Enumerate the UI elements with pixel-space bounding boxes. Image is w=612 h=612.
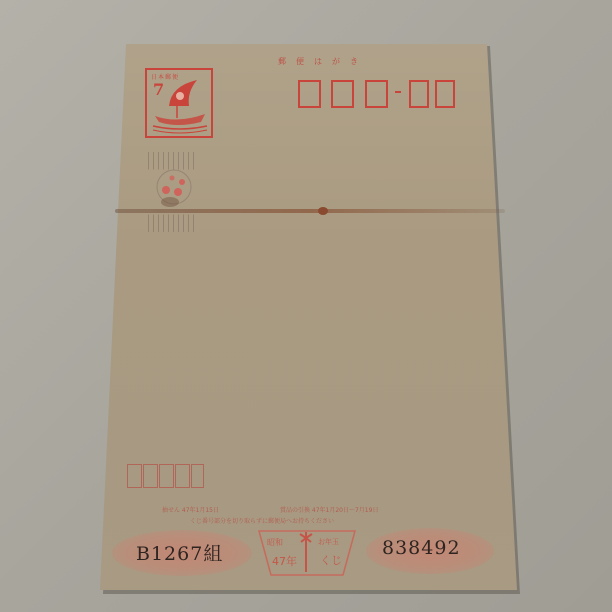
postage-stamp: 日本郵便 7 [145, 68, 213, 138]
sender-code-box-2 [143, 464, 158, 488]
water-stain [115, 209, 505, 213]
treasure-ship-icon [147, 70, 211, 136]
sender-code-box-1 [127, 464, 142, 488]
badge-era: 昭和 [267, 537, 283, 548]
lottery-notice: くじ番号部分を切り取らずに郵便局へお持ちください [190, 516, 334, 525]
palm-tree-icon [299, 532, 313, 572]
postal-code-box-1 [298, 80, 321, 108]
postal-code-box-3 [365, 80, 388, 108]
flower-postmark-icon [148, 152, 198, 232]
sender-code-box-3 [159, 464, 174, 488]
postal-code-box-2 [331, 80, 354, 108]
postal-code-box-4 [409, 80, 429, 108]
badge-label-bottom: くじ [320, 552, 342, 568]
lottery-draw-date: 抽せん 47年1月15日 [162, 505, 219, 514]
sender-code-box-5 [191, 464, 204, 488]
postal-code-dash [395, 91, 401, 93]
lottery-group-number: B1267組 [136, 539, 223, 566]
badge-label-top: お年玉 [318, 537, 339, 547]
postal-code-box-5 [435, 80, 455, 108]
sender-code-box-4 [175, 464, 190, 488]
stain-spot [318, 207, 328, 215]
lottery-ticket-number: 838492 [382, 537, 461, 559]
postcard-header-title: 郵便はがき [278, 56, 368, 67]
lottery-exchange-period: 賞品の引換 47年1月20日〜7月19日 [280, 505, 378, 514]
postmark [148, 152, 198, 232]
badge-year: 47年 [272, 553, 297, 569]
